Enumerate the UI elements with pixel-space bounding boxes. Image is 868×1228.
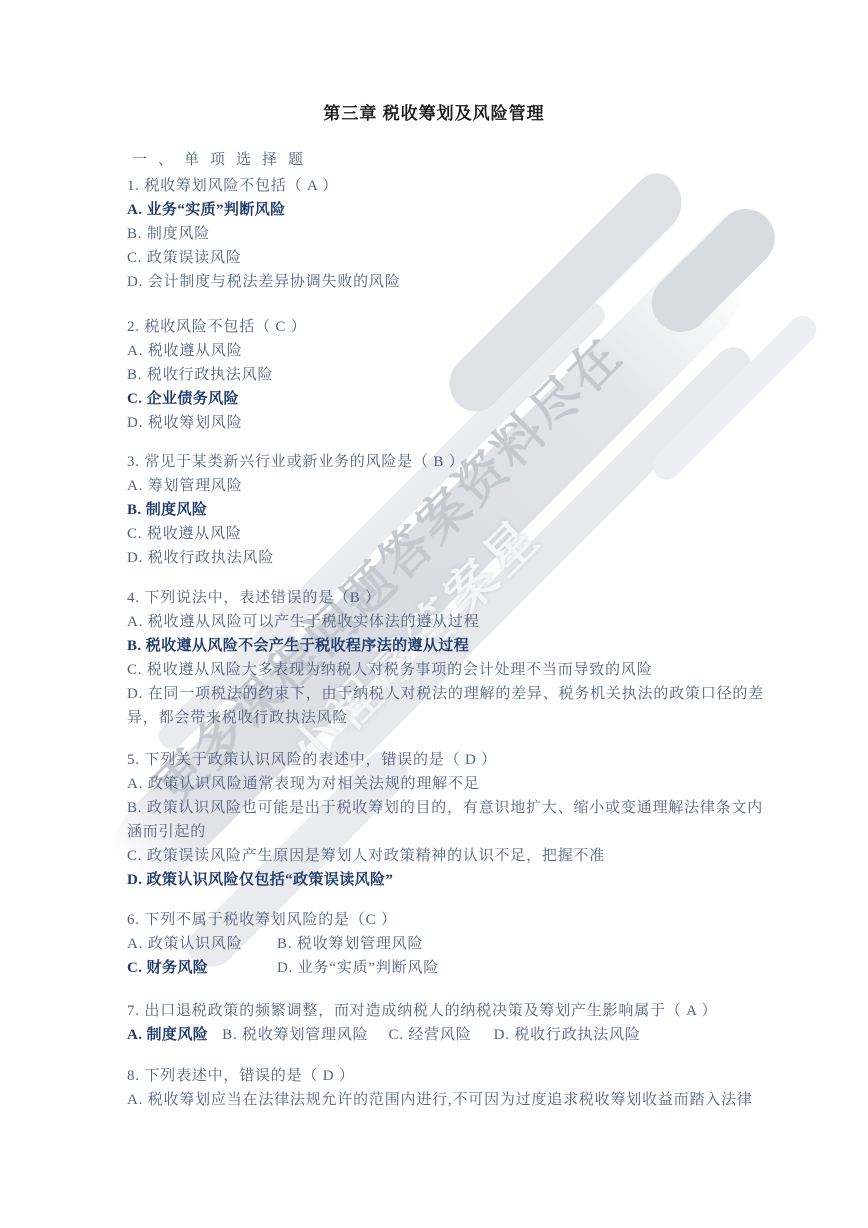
question-4-head: 4. 下列说法中，表述错误的是（B ） — [127, 586, 771, 610]
question-8-head: 8. 下列表述中，错误的是（ D ） — [127, 1064, 771, 1088]
question-5-head: 5. 下列关于政策认识风险的表述中，错误的是（ D ） — [127, 748, 771, 772]
question-7-option-c: C. 经营风险 — [388, 1023, 471, 1047]
question-7-option-d: D. 税收行政执法风险 — [494, 1023, 641, 1047]
question-7-option-a: A. 制度风险 — [127, 1023, 208, 1047]
question-2-option-b: B. 税收行政执法风险 — [127, 363, 771, 387]
question-8-option-a: A. 税收筹划应当在法律法规允许的范围内进行,不可因为过度追求税收筹划收益而踏入… — [127, 1088, 771, 1112]
question-6-head: 6. 下列不属于税收筹划风险的是（C ） — [127, 908, 771, 932]
question-3-option-c: C. 税收遵从风险 — [127, 522, 771, 546]
section-heading: 一、单项选择题 — [132, 148, 314, 172]
question-7: 7. 出口退税政策的频繁调整，而对造成纳税人的纳税决策及筹划产生影响属于（ A … — [127, 999, 771, 1047]
question-7-head: 7. 出口退税政策的频繁调整，而对造成纳税人的纳税决策及筹划产生影响属于（ A … — [127, 999, 771, 1023]
question-4-option-d: D. 在同一项税法的约束下，由于纳税人对税法的理解的差异、税务机关执法的政策口径… — [127, 682, 771, 730]
question-1-head: 1. 税收筹划风险不包括（ A ） — [127, 174, 771, 198]
question-4-option-b: B. 税收遵从风险不会产生于税收程序法的遵从过程 — [127, 634, 771, 658]
question-6-option-d: D. 业务“实质”判断风险 — [277, 956, 439, 980]
question-5-option-c: C. 政策误读风险产生原因是筹划人对政策精神的认识不足，把握不准 — [127, 844, 771, 868]
question-6: 6. 下列不属于税收筹划风险的是（C ） A. 政策认识风险 B. 税收筹划管理… — [127, 908, 771, 980]
chapter-title: 第三章 税收筹划及风险管理 — [0, 99, 868, 124]
question-1-option-d: D. 会计制度与税法差异协调失败的风险 — [127, 270, 771, 294]
question-4-option-a: A. 税收遵从风险可以产生于税收实体法的遵从过程 — [127, 610, 771, 634]
question-3: 3. 常见于某类新兴行业或新业务的风险是（ B ） A. 筹划管理风险 B. 制… — [127, 450, 771, 570]
question-1-option-c: C. 政策误读风险 — [127, 246, 771, 270]
question-7-option-b: B. 税收筹划管理风险 — [222, 1023, 368, 1047]
question-2-option-d: D. 税收筹划风险 — [127, 411, 771, 435]
question-1-option-b: B. 制度风险 — [127, 222, 771, 246]
question-5-option-a: A. 政策认识风险通常表现为对相关法规的理解不足 — [127, 772, 771, 796]
question-2: 2. 税收风险不包括（ C ） A. 税收遵从风险 B. 税收行政执法风险 C.… — [127, 315, 771, 435]
question-6-option-c: C. 财务风险 — [127, 956, 277, 980]
question-4-option-c: C. 税收遵从风险大多表现为纳税人对税务事项的会计处理不当而导致的风险 — [127, 658, 771, 682]
question-4: 4. 下列说法中，表述错误的是（B ） A. 税收遵从风险可以产生于税收实体法的… — [127, 586, 771, 730]
question-3-option-b: B. 制度风险 — [127, 498, 771, 522]
question-5-option-b: B. 政策认识风险也可能是出于税收筹划的目的，有意识地扩大、缩小或变通理解法律条… — [127, 796, 771, 844]
question-8: 8. 下列表述中，错误的是（ D ） A. 税收筹划应当在法律法规允许的范围内进… — [127, 1064, 771, 1112]
question-2-option-a: A. 税收遵从风险 — [127, 339, 771, 363]
question-2-head: 2. 税收风险不包括（ C ） — [127, 315, 771, 339]
question-6-option-a: A. 政策认识风险 — [127, 932, 277, 956]
question-2-option-c: C. 企业债务风险 — [127, 387, 771, 411]
question-1-option-a: A. 业务“实质”判断风险 — [127, 198, 771, 222]
question-5-option-d: D. 政策认识风险仅包括“政策误读风险” — [127, 868, 771, 892]
question-5: 5. 下列关于政策认识风险的表述中，错误的是（ D ） A. 政策认识风险通常表… — [127, 748, 771, 892]
document-page: 更多课程问题答案资料尽在 小程序答案星 第三章 税收筹划及风险管理 一、单项选择… — [0, 0, 868, 1228]
question-3-option-a: A. 筹划管理风险 — [127, 474, 771, 498]
question-3-head: 3. 常见于某类新兴行业或新业务的风险是（ B ） — [127, 450, 771, 474]
question-1: 1. 税收筹划风险不包括（ A ） A. 业务“实质”判断风险 B. 制度风险 … — [127, 174, 771, 294]
question-6-option-b: B. 税收筹划管理风险 — [277, 932, 423, 956]
question-3-option-d: D. 税收行政执法风险 — [127, 546, 771, 570]
